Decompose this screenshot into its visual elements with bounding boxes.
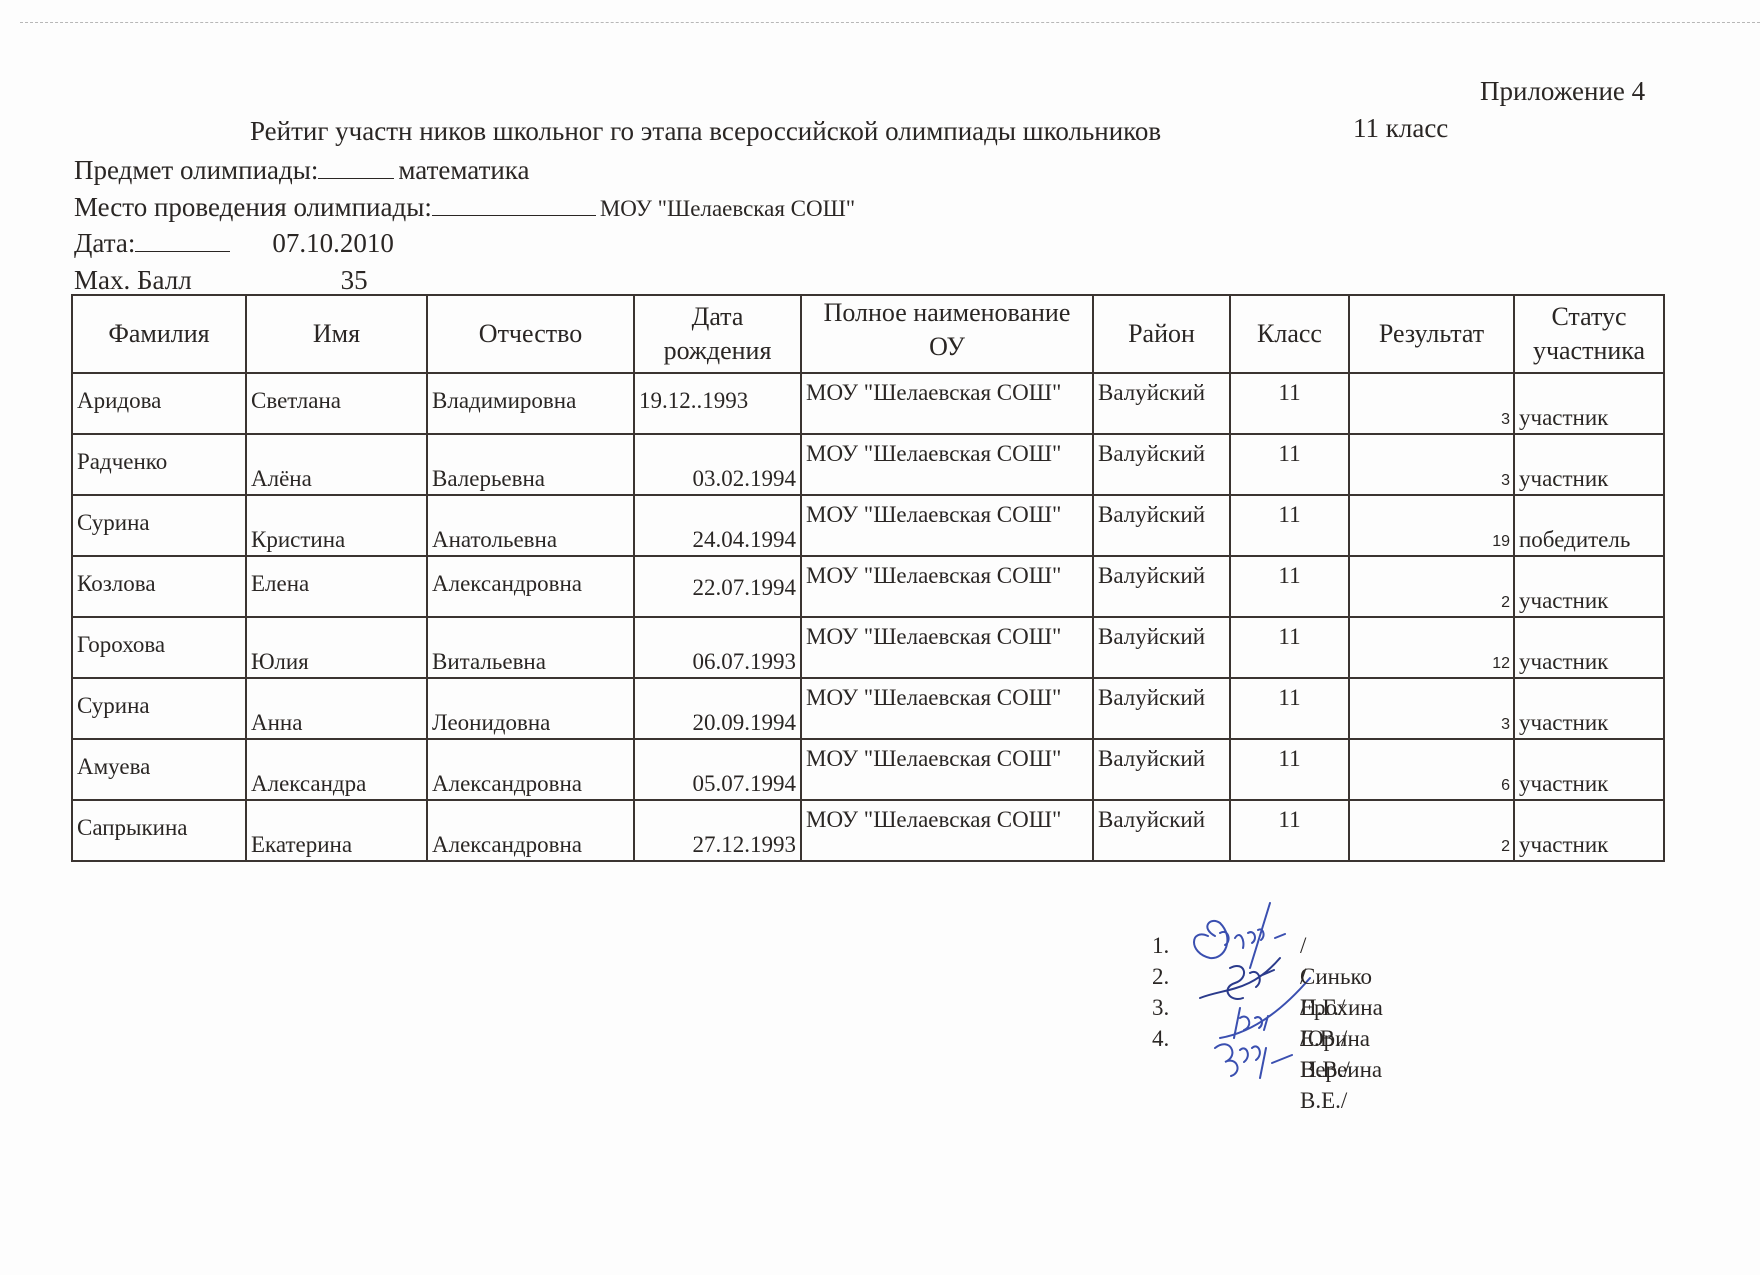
date-line: Дата: 07.10.2010 (74, 228, 394, 259)
school-text: МОУ "Шелаевская СОШ" (806, 746, 1061, 772)
cell-birth-date: 03.02.1994 (634, 434, 801, 495)
cell-surname: Сурина (72, 678, 246, 739)
header-birth-l2: рождения (664, 336, 772, 365)
cell-patronymic: Владимировна (427, 373, 634, 434)
patronymic-text: Леонидовна (432, 710, 550, 736)
cell-birth-date: 19.12..1993 (634, 373, 801, 434)
school-text: МОУ "Шелаевская СОШ" (806, 502, 1061, 528)
cell-school: МОУ "Шелаевская СОШ" (801, 373, 1093, 434)
cell-district: Валуйский (1093, 556, 1230, 617)
name-text: Екатерина (251, 832, 352, 858)
district-text: Валуйский (1098, 441, 1205, 467)
birth-date-text: 03.02.1994 (693, 466, 797, 492)
cell-class: 11 (1230, 678, 1349, 739)
table-body: АридоваСветланаВладимировна19.12..1993МО… (72, 373, 1664, 861)
cell-class: 11 (1230, 739, 1349, 800)
school-text: МОУ "Шелаевская СОШ" (806, 563, 1061, 589)
birth-date-text: 06.07.1993 (693, 649, 797, 675)
cell-class: 11 (1230, 800, 1349, 861)
cell-name: Александра (246, 739, 427, 800)
birth-date-text: 20.09.1994 (693, 710, 797, 736)
patronymic-text: Валерьевна (432, 466, 545, 492)
table-row: РадченкоАлёнаВалерьевна03.02.1994МОУ "Ше… (72, 434, 1664, 495)
name-text: Елена (251, 571, 309, 597)
signature-number: 2. (1152, 961, 1169, 992)
name-text: Анна (251, 710, 302, 736)
cell-class: 11 (1230, 556, 1349, 617)
cell-district: Валуйский (1093, 739, 1230, 800)
header-birth-date: Датарождения (634, 295, 801, 373)
cell-district: Валуйский (1093, 434, 1230, 495)
status-text: участник (1519, 405, 1608, 431)
result-text: 3 (1501, 472, 1510, 490)
result-text: 3 (1501, 716, 1510, 734)
cell-patronymic: Леонидовна (427, 678, 634, 739)
result-text: 2 (1501, 594, 1510, 612)
cell-status: участник (1514, 556, 1664, 617)
cell-birth-date: 22.07.1994 (634, 556, 801, 617)
status-text: победитель (1519, 527, 1630, 553)
header-school: Полное наименованиеОУ (801, 295, 1093, 373)
cell-surname: Сапрыкина (72, 800, 246, 861)
date-label: Дата: (74, 228, 135, 258)
name-text: Кристина (251, 527, 345, 553)
cell-birth-date: 24.04.1994 (634, 495, 801, 556)
cell-patronymic: Витальевна (427, 617, 634, 678)
table-row: АридоваСветланаВладимировна19.12..1993МО… (72, 373, 1664, 434)
table-row: АмуеваАлександраАлександровна05.07.1994М… (72, 739, 1664, 800)
cell-surname: Амуева (72, 739, 246, 800)
header-district: Район (1093, 295, 1230, 373)
district-text: Валуйский (1098, 624, 1205, 650)
cell-school: МОУ "Шелаевская СОШ" (801, 434, 1093, 495)
table-row: СуринаКристинаАнатольевна24.04.1994МОУ "… (72, 495, 1664, 556)
cell-status: участник (1514, 373, 1664, 434)
date-value: 07.10.2010 (272, 228, 394, 258)
district-text: Валуйский (1098, 502, 1205, 528)
status-text: участник (1519, 710, 1608, 736)
subject-value: математика (398, 155, 529, 185)
cell-status: участник (1514, 617, 1664, 678)
school-text: МОУ "Шелаевская СОШ" (806, 807, 1061, 833)
table-row: СуринаАннаЛеонидовна20.09.1994МОУ "Шелае… (72, 678, 1664, 739)
birth-date-text: 27.12.1993 (693, 832, 797, 858)
district-text: Валуйский (1098, 563, 1205, 589)
cell-district: Валуйский (1093, 678, 1230, 739)
patronymic-text: Александровна (432, 571, 582, 597)
cell-patronymic: Александровна (427, 739, 634, 800)
header-school-l1: Полное наименование (824, 298, 1071, 327)
place-value: МОУ "Шелаевская СОШ" (600, 196, 855, 221)
name-text: Александра (251, 771, 366, 797)
header-birth-l1: Дата (692, 302, 744, 331)
table-row: СапрыкинаЕкатеринаАлександровна27.12.199… (72, 800, 1664, 861)
signatory-name: /Вереина В.Е./ (1300, 1023, 1382, 1116)
cell-result: 12 (1349, 617, 1514, 678)
blank-underline (318, 174, 394, 179)
appendix-label: Приложение 4 (1480, 76, 1645, 107)
class-text: 11 (1231, 746, 1348, 772)
header-status-l2: участника (1533, 336, 1645, 365)
cell-result: 2 (1349, 800, 1514, 861)
header-class: Класс (1230, 295, 1349, 373)
cell-status: участник (1514, 800, 1664, 861)
patronymic-text: Анатольевна (432, 527, 557, 553)
birth-date-text: 05.07.1994 (693, 771, 797, 797)
subject-line: Предмет олимпиады: математика (74, 155, 530, 186)
table-row: КозловаЕленаАлександровна22.07.1994МОУ "… (72, 556, 1664, 617)
school-text: МОУ "Шелаевская СОШ" (806, 441, 1061, 467)
cell-result: 3 (1349, 678, 1514, 739)
cell-school: МОУ "Шелаевская СОШ" (801, 678, 1093, 739)
max-score-line: Max. Балл 35 (74, 265, 368, 296)
cell-name: Алёна (246, 434, 427, 495)
document-title: Рейтиг участн ников школьног го этапа вс… (250, 116, 1161, 147)
table-header-row: Фамилия Имя Отчество Датарождения Полное… (72, 295, 1664, 373)
signature-number: 3. (1152, 992, 1169, 1023)
header-surname: Фамилия (72, 295, 246, 373)
surname-text: Сурина (77, 510, 150, 536)
max-score-label: Max. Балл (74, 265, 192, 295)
cell-school: МОУ "Шелаевская СОШ" (801, 800, 1093, 861)
cell-district: Валуйский (1093, 800, 1230, 861)
cell-surname: Горохова (72, 617, 246, 678)
district-text: Валуйский (1098, 807, 1205, 833)
header-result: Результат (1349, 295, 1514, 373)
class-text: 11 (1231, 563, 1348, 589)
header-name: Имя (246, 295, 427, 373)
max-score-value: 35 (341, 265, 368, 295)
result-text: 2 (1501, 838, 1510, 856)
cell-surname: Козлова (72, 556, 246, 617)
result-text: 6 (1501, 777, 1510, 795)
cell-class: 11 (1230, 373, 1349, 434)
cell-school: МОУ "Шелаевская СОШ" (801, 617, 1093, 678)
status-text: участник (1519, 832, 1608, 858)
table-row: ГороховаЮлияВитальевна06.07.1993МОУ "Шел… (72, 617, 1664, 678)
result-text: 19 (1492, 533, 1510, 551)
subject-label: Предмет олимпиады: (74, 155, 318, 185)
class-text: 11 (1231, 624, 1348, 650)
cell-class: 11 (1230, 434, 1349, 495)
cell-birth-date: 27.12.1993 (634, 800, 801, 861)
status-text: участник (1519, 466, 1608, 492)
class-text: 11 (1231, 380, 1348, 406)
header-status-l1: Статус (1551, 302, 1626, 331)
grade-label: 11 класс (1353, 113, 1448, 144)
cell-result: 6 (1349, 739, 1514, 800)
cell-result: 3 (1349, 434, 1514, 495)
class-text: 11 (1231, 807, 1348, 833)
district-text: Валуйский (1098, 685, 1205, 711)
cell-status: участник (1514, 739, 1664, 800)
class-text: 11 (1231, 502, 1348, 528)
surname-text: Козлова (77, 571, 156, 597)
cell-class: 11 (1230, 617, 1349, 678)
surname-text: Радченко (77, 449, 167, 475)
blank-underline (432, 211, 596, 216)
cell-patronymic: Александровна (427, 556, 634, 617)
class-text: 11 (1231, 685, 1348, 711)
cell-surname: Аридова (72, 373, 246, 434)
cell-surname: Сурина (72, 495, 246, 556)
surname-text: Аридова (77, 388, 161, 414)
cell-patronymic: Валерьевна (427, 434, 634, 495)
cell-result: 3 (1349, 373, 1514, 434)
cell-name: Екатерина (246, 800, 427, 861)
cell-name: Анна (246, 678, 427, 739)
school-text: МОУ "Шелаевская СОШ" (806, 624, 1061, 650)
cell-status: участник (1514, 678, 1664, 739)
cell-district: Валуйский (1093, 617, 1230, 678)
school-text: МОУ "Шелаевская СОШ" (806, 380, 1061, 406)
result-text: 3 (1501, 411, 1510, 429)
surname-text: Горохова (77, 632, 165, 658)
cell-name: Светлана (246, 373, 427, 434)
cell-school: МОУ "Шелаевская СОШ" (801, 739, 1093, 800)
cell-status: участник (1514, 434, 1664, 495)
surname-text: Амуева (77, 754, 150, 780)
cell-result: 2 (1349, 556, 1514, 617)
result-text: 12 (1492, 655, 1510, 673)
cell-birth-date: 05.07.1994 (634, 739, 801, 800)
cell-result: 19 (1349, 495, 1514, 556)
cell-name: Юлия (246, 617, 427, 678)
signature-number: 4. (1152, 1023, 1169, 1054)
patronymic-text: Витальевна (432, 649, 546, 675)
status-text: участник (1519, 771, 1608, 797)
header-school-l2: ОУ (929, 332, 965, 361)
name-text: Юлия (251, 649, 309, 675)
scan-edge-line (20, 22, 1760, 23)
class-text: 11 (1231, 441, 1348, 467)
district-text: Валуйский (1098, 380, 1205, 406)
cell-name: Кристина (246, 495, 427, 556)
blank-underline (135, 247, 230, 252)
cell-surname: Радченко (72, 434, 246, 495)
patronymic-text: Александровна (432, 771, 582, 797)
header-status: Статусучастника (1514, 295, 1664, 373)
surname-text: Сапрыкина (77, 815, 188, 841)
cell-patronymic: Александровна (427, 800, 634, 861)
patronymic-text: Александровна (432, 832, 582, 858)
birth-date-text: 22.07.1994 (693, 575, 797, 601)
place-label: Место проведения олимпиады: (74, 192, 432, 222)
patronymic-text: Владимировна (432, 388, 576, 414)
cell-birth-date: 06.07.1993 (634, 617, 801, 678)
birth-date-text: 24.04.1994 (693, 527, 797, 553)
place-line: Место проведения олимпиады: МОУ "Шелаевс… (74, 192, 855, 223)
header-patronymic: Отчество (427, 295, 634, 373)
school-text: МОУ "Шелаевская СОШ" (806, 685, 1061, 711)
rating-table: Фамилия Имя Отчество Датарождения Полное… (71, 294, 1665, 862)
cell-district: Валуйский (1093, 373, 1230, 434)
birth-date-text: 19.12..1993 (639, 388, 748, 414)
cell-school: МОУ "Шелаевская СОШ" (801, 556, 1093, 617)
name-text: Алёна (251, 466, 312, 492)
status-text: участник (1519, 649, 1608, 675)
cell-district: Валуйский (1093, 495, 1230, 556)
district-text: Валуйский (1098, 746, 1205, 772)
cell-school: МОУ "Шелаевская СОШ" (801, 495, 1093, 556)
cell-patronymic: Анатольевна (427, 495, 634, 556)
cell-class: 11 (1230, 495, 1349, 556)
signature-number: 1. (1152, 930, 1169, 961)
cell-status: победитель (1514, 495, 1664, 556)
name-text: Светлана (251, 388, 341, 414)
cell-name: Елена (246, 556, 427, 617)
status-text: участник (1519, 588, 1608, 614)
cell-birth-date: 20.09.1994 (634, 678, 801, 739)
surname-text: Сурина (77, 693, 150, 719)
